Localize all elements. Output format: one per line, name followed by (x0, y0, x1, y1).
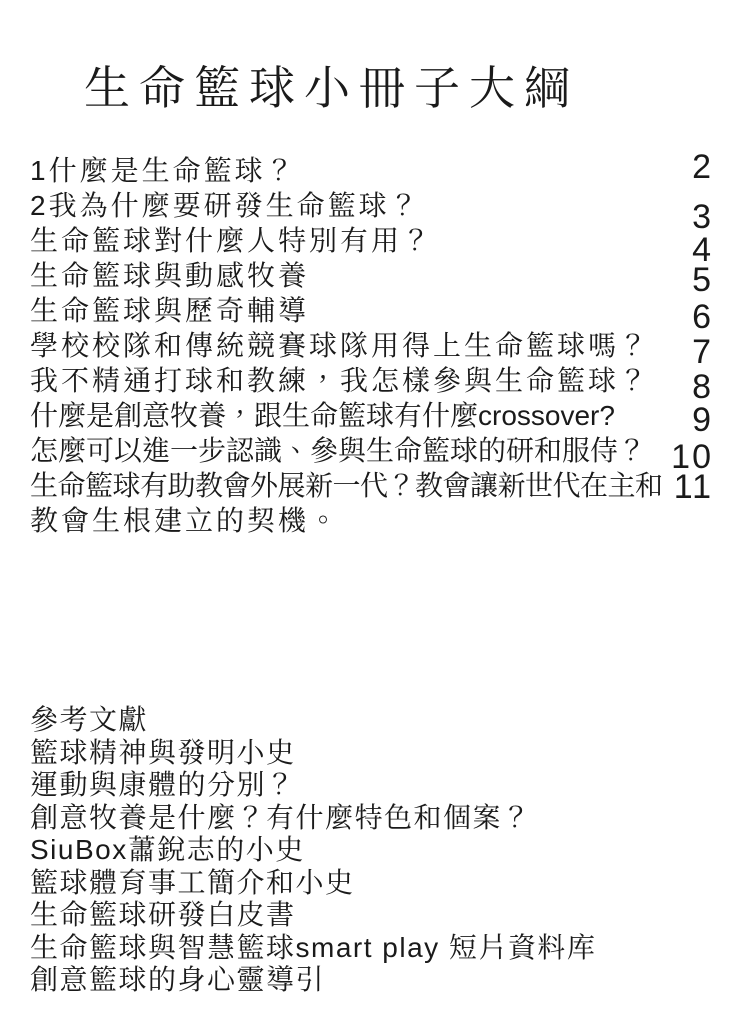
appendix-line: 運動與康體的分別？ (30, 769, 596, 802)
page-number: 2 (692, 150, 713, 184)
toc-line: 生命籃球與歷奇輔導 (30, 293, 691, 328)
toc-line: 教會生根建立的契機。 (30, 503, 691, 538)
toc-line: 我不精通打球和教練，我怎樣參與生命籃球？ (30, 363, 691, 398)
toc-line: 學校校隊和傳統競賽球隊用得上生命籃球嗎？ (30, 328, 691, 363)
toc-line: 生命籃球有助教會外展新一代？教會讓新世代在主和 (30, 468, 691, 503)
appendix-line: SiuBox蕭銳志的小史 (30, 834, 596, 867)
page-title: 生命籃球小冊子大綱 (84, 52, 579, 118)
appendix-line: 生命籃球研發白皮書 (30, 899, 596, 932)
appendix-line: 參考文獻 (30, 704, 596, 737)
toc-line: 1什麼是生命籃球？ (30, 153, 691, 188)
toc-line: 生命籃球與動感牧養 (30, 258, 691, 293)
toc-line: 生命籃球對什麼人特別有用？ (30, 223, 691, 258)
page-number: 7 (692, 335, 713, 369)
appendix-section: 參考文獻 籃球精神與發明小史 運動與康體的分別？ 創意牧養是什麼？有什麼特色和個… (30, 704, 596, 997)
page-number: 3 (692, 200, 713, 234)
appendix-line: 籃球體育事工簡介和小史 (30, 867, 596, 900)
page-number: 11 (674, 470, 713, 504)
toc-line: 什麼是創意牧養，跟生命籃球有什麼crossover? (30, 398, 691, 433)
appendix-line: 生命籃球與智慧籃球smart play 短片資料库 (30, 932, 596, 965)
page-number: 9 (692, 403, 713, 437)
toc-line: 2我為什麼要研發生命籃球？ (30, 188, 691, 223)
appendix-line: 創意牧養是什麼？有什麼特色和個案？ (30, 802, 596, 835)
document-page: 生命籃球小冊子大綱 1什麼是生命籃球？ 2我為什麼要研發生命籃球？ 生命籃球對什… (0, 0, 751, 1024)
page-number: 8 (692, 370, 713, 404)
appendix-line: 創意籃球的身心靈導引 (30, 964, 596, 997)
toc-line: 怎麼可以進一步認識、參與生命籃球的研和服侍？ (30, 433, 691, 468)
appendix-line: 籃球精神與發明小史 (30, 737, 596, 770)
page-number: 6 (692, 300, 713, 334)
page-number: 5 (692, 263, 713, 297)
toc-section: 1什麼是生命籃球？ 2我為什麼要研發生命籃球？ 生命籃球對什麼人特別有用？ 生命… (30, 153, 691, 538)
